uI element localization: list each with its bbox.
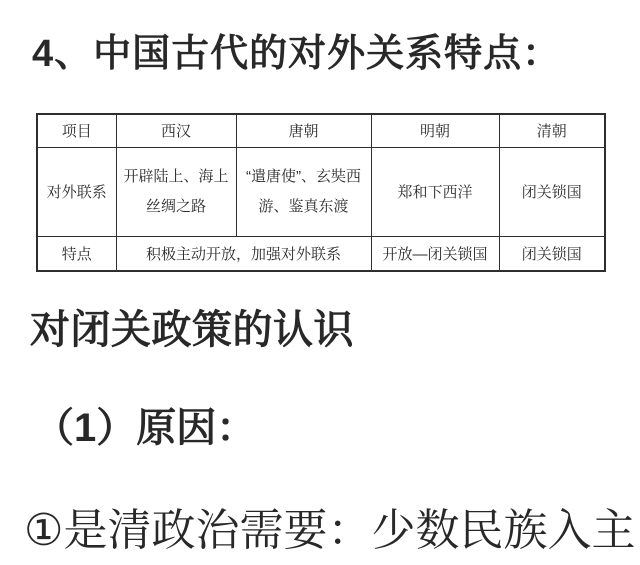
page-title: 4、中国古代的对外关系特点： <box>32 22 561 77</box>
header-cell-item: 项目 <box>37 114 116 147</box>
header-cell-western-han: 西汉 <box>116 114 236 147</box>
document-page: 4、中国古代的对外关系特点： 项目 西汉 唐朝 明朝 清朝 对外联系 开辟陆上、… <box>0 0 640 565</box>
table-row-foreign-contact: 对外联系 开辟陆上、海上丝绸之路 “遣唐使”、玄奘西游、鉴真东渡 郑和下西洋 闭… <box>37 147 605 236</box>
cell-western-han-contact: 开辟陆上、海上丝绸之路 <box>116 147 236 236</box>
table-header-row: 项目 西汉 唐朝 明朝 清朝 <box>37 114 605 147</box>
header-cell-ming: 明朝 <box>371 114 499 147</box>
row-label-foreign-contact: 对外联系 <box>37 147 116 236</box>
point-line-1: ①是清政治需要：少数民族入主 <box>24 494 635 558</box>
numbered-sub-heading: （1）原因： <box>34 396 256 453</box>
cell-han-tang-feature: 积极主动开放，加强对外联系 <box>116 236 371 271</box>
table-row-features: 特点 积极主动开放，加强对外联系 开放—闭关锁国 闭关锁国 <box>37 236 605 271</box>
cell-ming-feature: 开放—闭关锁国 <box>371 236 499 271</box>
row-label-features: 特点 <box>37 236 116 271</box>
cell-ming-contact: 郑和下西洋 <box>371 147 499 236</box>
header-cell-tang: 唐朝 <box>236 114 371 147</box>
cell-tang-contact: “遣唐使”、玄奘西游、鉴真东渡 <box>236 147 371 236</box>
cell-qing-feature: 闭关锁国 <box>499 236 605 271</box>
section-heading: 对闭关政策的认识 <box>30 298 354 355</box>
header-cell-qing: 清朝 <box>499 114 605 147</box>
cell-qing-contact: 闭关锁国 <box>499 147 605 236</box>
dynasty-relations-table: 项目 西汉 唐朝 明朝 清朝 对外联系 开辟陆上、海上丝绸之路 “遣唐使”、玄奘… <box>36 113 606 272</box>
